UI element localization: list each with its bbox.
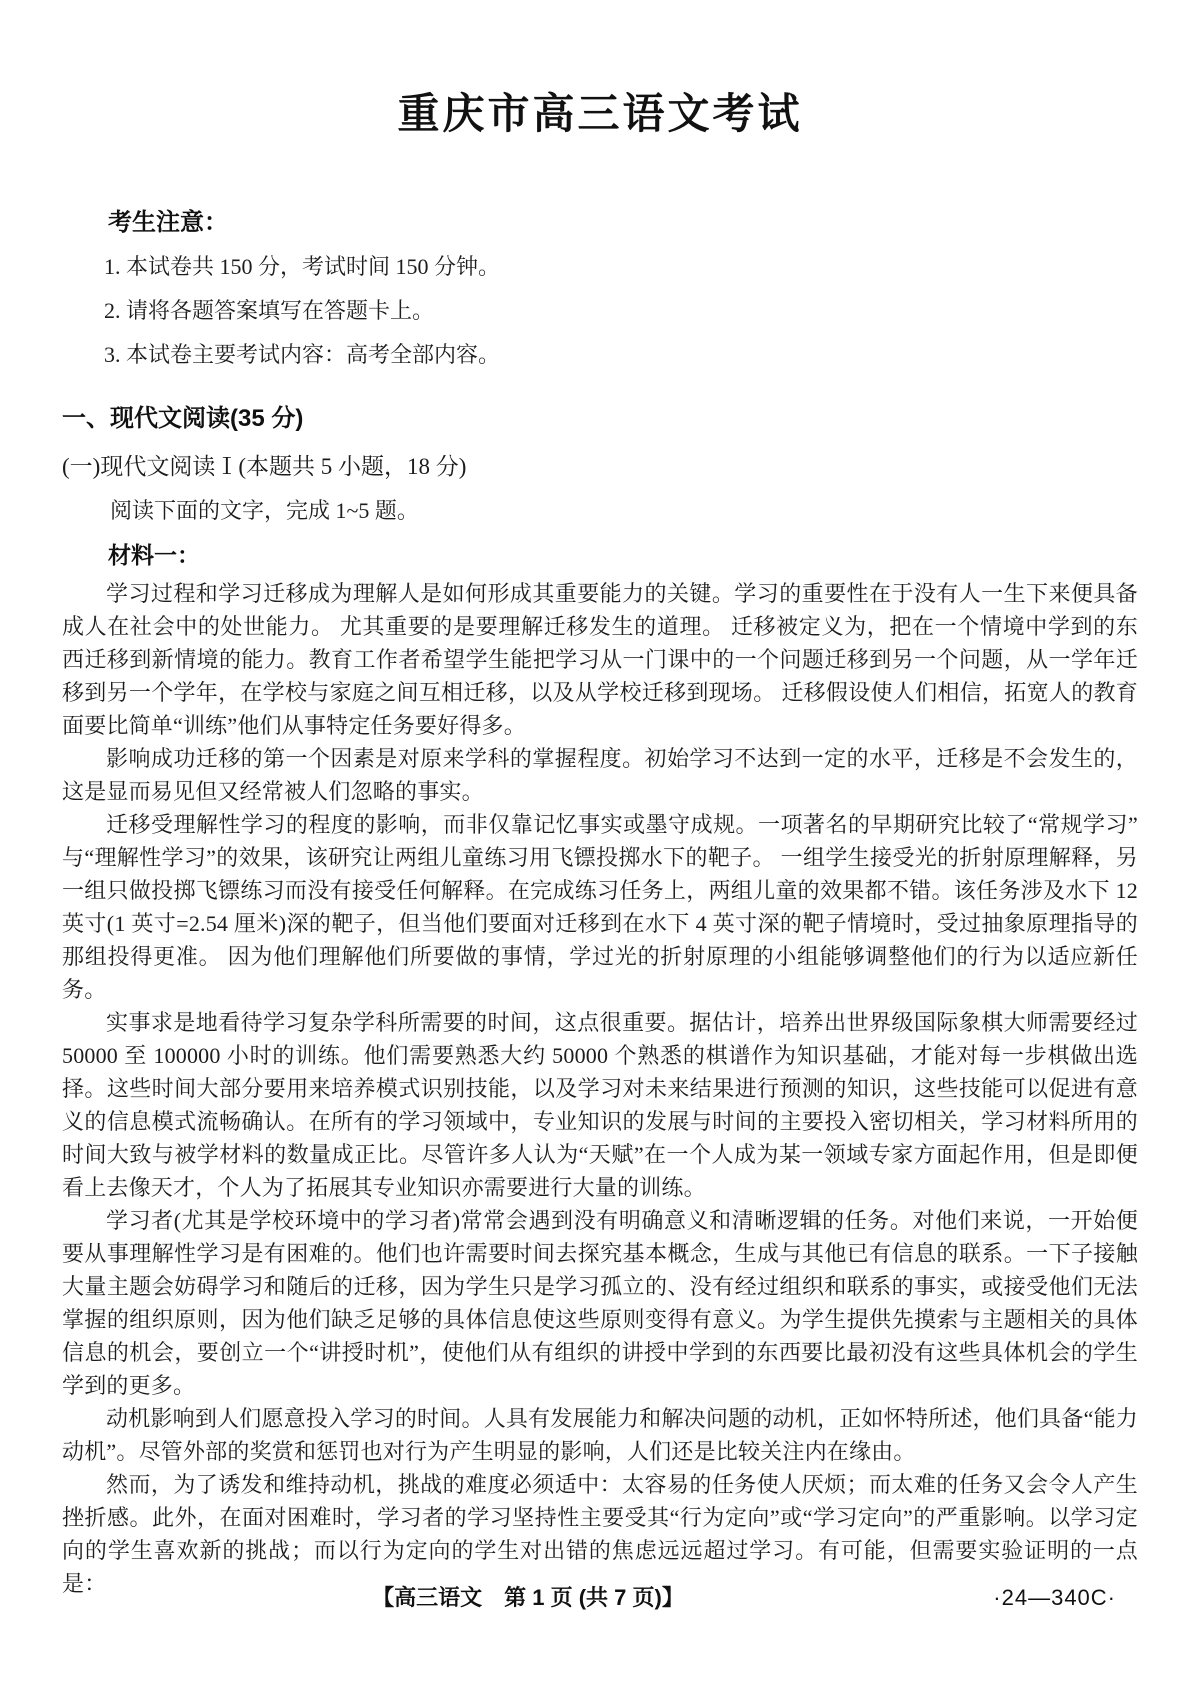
notice-item-1: 1. 本试卷共 150 分，考试时间 150 分钟。 [104,245,1138,289]
subsection-heading: (一)现代文阅读Ⅰ(本题共 5 小题，18 分) [62,445,1138,489]
material-one-label: 材料一： [108,533,1138,577]
body-paragraph-7: 然而，为了诱发和维持动机，挑战的难度必须适中：太容易的任务使人厌烦；而太难的任务… [62,1468,1138,1600]
notice-heading: 考生注意： [108,201,1138,245]
reading-instruction: 阅读下面的文字，完成 1~5 题。 [62,489,1138,533]
body-paragraph-5: 学习者(尤其是学校环境中的学习者)常常会遇到没有明确意义和清晰逻辑的任务。对他们… [62,1204,1138,1402]
page-title: 重庆市高三语文考试 [62,88,1138,140]
body-paragraph-4: 实事求是地看待学习复杂学科所需要的时间，这点很重要。据估计，培养出世界级国际象棋… [62,1006,1138,1204]
section-one-heading: 一、现代文阅读(35 分) [62,397,1138,441]
footer-paper-code: ·24—340C· [993,1583,1116,1613]
candidate-notice: 考生注意： 1. 本试卷共 150 分，考试时间 150 分钟。 2. 请将各题… [62,201,1138,377]
body-paragraph-2: 影响成功迁移的第一个因素是对原来学科的掌握程度。初始学习不达到一定的水平，迁移是… [62,742,1138,808]
body-paragraph-6: 动机影响到人们愿意投入学习的时间。人具有发展能力和解决问题的动机，正如怀特所述，… [62,1402,1138,1468]
body-paragraph-1: 学习过程和学习迁移成为理解人是如何形成其重要能力的关键。学习的重要性在于没有人一… [62,577,1138,742]
material-one-body: 学习过程和学习迁移成为理解人是如何形成其重要能力的关键。学习的重要性在于没有人一… [62,577,1138,1600]
notice-item-3: 3. 本试卷主要考试内容：高考全部内容。 [104,333,1138,377]
body-paragraph-3: 迁移受理解性学习的程度的影响，而非仅靠记忆事实或墨守成规。一项著名的早期研究比较… [62,808,1138,1006]
page-footer: 【高三语文 第 1 页 (共 7 页)】 ·24—340C· [62,1583,1138,1623]
footer-page-number: 【高三语文 第 1 页 (共 7 页)】 [372,1583,684,1613]
exam-paper-page: 重庆市高三语文考试 考生注意： 1. 本试卷共 150 分，考试时间 150 分… [0,0,1200,1697]
notice-item-2: 2. 请将各题答案填写在答题卡上。 [104,289,1138,333]
